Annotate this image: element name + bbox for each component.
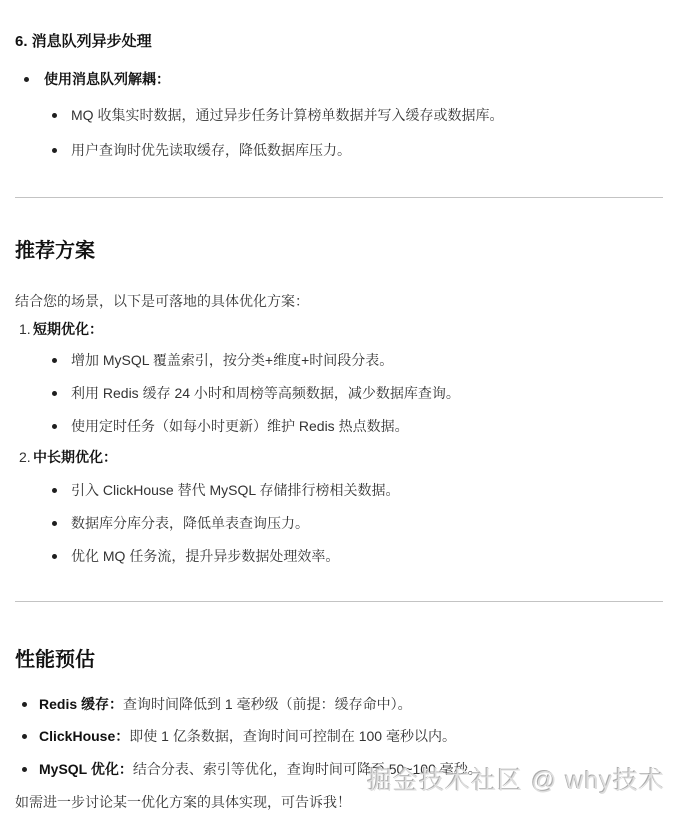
- list-item: MQ 收集实时数据，通过异步任务计算榜单数据并写入缓存或数据库。: [15, 105, 663, 125]
- list-item-text: 使用定时任务（如每小时更新）维护 Redis 热点数据。: [71, 416, 409, 436]
- list-item: 优化 MQ 任务流，提升异步数据处理效率。: [15, 546, 663, 566]
- closing-note: 如需进一步讨论某一优化方案的具体实现，可告诉我！: [15, 792, 663, 812]
- item-number: 1.: [15, 319, 33, 339]
- list-item-text: 用户查询时优先读取缓存，降低数据库压力。: [71, 140, 351, 160]
- list-item-text: 增加 MySQL 覆盖索引，按分类+维度+时间段分表。: [71, 350, 393, 370]
- item-number: 2.: [15, 447, 33, 467]
- list-item: 使用消息队列解耦：: [15, 69, 663, 89]
- list-item: 使用定时任务（如每小时更新）维护 Redis 热点数据。: [15, 416, 663, 436]
- item-title: 中长期优化：: [33, 447, 117, 467]
- bullet-icon: [15, 383, 71, 396]
- bullet-icon: [15, 480, 71, 493]
- list-item: 数据库分库分表，降低单表查询压力。: [15, 513, 663, 533]
- list-item-text: 使用消息队列解耦：: [44, 69, 170, 89]
- list-item-text: MySQL 优化：结合分表、索引等优化，查询时间可降至 50~100 毫秒。: [39, 759, 482, 779]
- list-item-text: Redis 缓存：查询时间降低到 1 毫秒级（前提：缓存命中）。: [39, 694, 412, 714]
- list-item-text: MQ 收集实时数据，通过异步任务计算榜单数据并写入缓存或数据库。: [71, 105, 503, 125]
- list-item: 增加 MySQL 覆盖索引，按分类+维度+时间段分表。: [15, 350, 663, 370]
- ordered-list-item: 1. 短期优化：: [15, 319, 663, 339]
- list-item-text: 利用 Redis 缓存 24 小时和周榜等高频数据，减少数据库查询。: [71, 383, 460, 403]
- mq-section-heading: 6. 消息队列异步处理: [15, 32, 663, 52]
- bullet-icon: [15, 694, 39, 707]
- list-item: 利用 Redis 缓存 24 小时和周榜等高频数据，减少数据库查询。: [15, 383, 663, 403]
- perf-section-heading: 性能预估: [15, 647, 663, 673]
- section-divider: [15, 601, 663, 602]
- plan-section-heading: 推荐方案: [15, 238, 663, 264]
- list-item: Redis 缓存：查询时间降低到 1 毫秒级（前提：缓存命中）。: [15, 694, 663, 714]
- plan-intro: 结合您的场景，以下是可落地的具体优化方案：: [15, 291, 663, 311]
- document: { "page": { "background": "#ffffff", "te…: [0, 0, 678, 822]
- bullet-icon: [15, 726, 39, 739]
- bullet-icon: [15, 759, 39, 772]
- list-item: 用户查询时优先读取缓存，降低数据库压力。: [15, 140, 663, 160]
- bullet-icon: [15, 140, 71, 153]
- bullet-icon: [15, 546, 71, 559]
- perf-term: ClickHouse：: [39, 728, 129, 744]
- list-item: 引入 ClickHouse 替代 MySQL 存储排行榜相关数据。: [15, 480, 663, 500]
- perf-term: MySQL 优化：: [39, 761, 133, 777]
- list-item-text: ClickHouse：即使 1 亿条数据，查询时间可控制在 100 毫秒以内。: [39, 726, 456, 746]
- list-item-text: 优化 MQ 任务流，提升异步数据处理效率。: [71, 546, 339, 566]
- section-divider: [15, 197, 663, 198]
- perf-desc: 查询时间降低到 1 毫秒级（前提：缓存命中）。: [123, 696, 412, 712]
- perf-term: Redis 缓存：: [39, 696, 123, 712]
- bullet-icon: [15, 416, 71, 429]
- perf-desc: 结合分表、索引等优化，查询时间可降至 50~100 毫秒。: [133, 761, 482, 777]
- item-title: 短期优化：: [33, 319, 103, 339]
- list-item: MySQL 优化：结合分表、索引等优化，查询时间可降至 50~100 毫秒。: [15, 759, 663, 779]
- bullet-icon: [15, 69, 44, 82]
- bullet-icon: [15, 105, 71, 118]
- list-item-text: 引入 ClickHouse 替代 MySQL 存储排行榜相关数据。: [71, 480, 400, 500]
- ordered-list-item: 2. 中长期优化：: [15, 447, 663, 467]
- bullet-icon: [15, 350, 71, 363]
- list-item-text: 数据库分库分表，降低单表查询压力。: [71, 513, 309, 533]
- list-item: ClickHouse：即使 1 亿条数据，查询时间可控制在 100 毫秒以内。: [15, 726, 663, 746]
- perf-desc: 即使 1 亿条数据，查询时间可控制在 100 毫秒以内。: [129, 728, 456, 744]
- bullet-icon: [15, 513, 71, 526]
